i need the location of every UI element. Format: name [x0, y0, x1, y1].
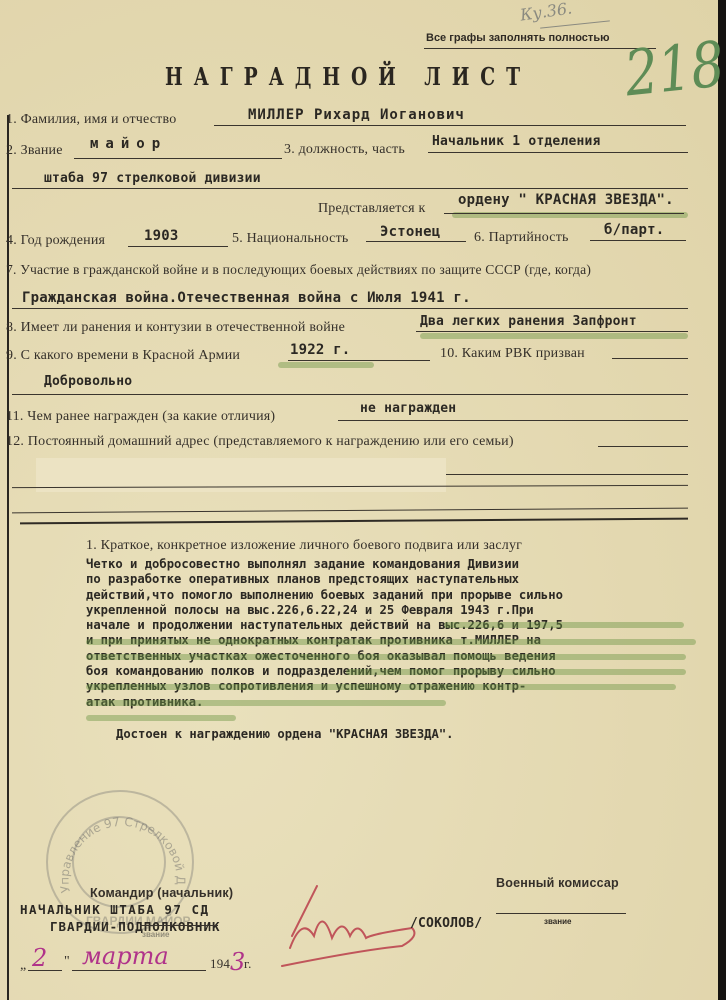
- field-9-label: 9. С какого времени в Красной Армии: [6, 348, 240, 364]
- commander-name: /СОКОЛОВ/: [410, 916, 482, 931]
- field-4-label: 4. Год рождения: [6, 233, 105, 249]
- field-5-line: [366, 241, 466, 242]
- narrative-highlight-4: [346, 669, 686, 675]
- number-mark: 218: [622, 29, 726, 111]
- field-12-line-2: [446, 474, 688, 475]
- nominated-label: Представляется к: [318, 201, 426, 217]
- field-6-line: [590, 240, 686, 241]
- field-12-line-4: [12, 508, 688, 514]
- commissar-line: [496, 913, 626, 914]
- field-12-label: 12. Постоянный домашний адрес (представл…: [6, 434, 514, 450]
- field-1-value: МИЛЛЕР Рихард Иоганович: [248, 107, 465, 123]
- narrative-line: Четко и добросовестно выполнял задание к…: [86, 557, 563, 572]
- field-5-label: 5. Национальность: [232, 231, 348, 247]
- field-7-label: 7. Участие в гражданской войне и в после…: [6, 262, 591, 278]
- instruction-underline: [424, 48, 656, 49]
- field-1-line: [214, 125, 686, 126]
- date-month: марта: [82, 942, 169, 970]
- field-8-label: 8. Имеет ли ранения и контузии в отечест…: [6, 320, 345, 336]
- narrative-highlight-2: [86, 639, 696, 645]
- narrative-line: укрепленной полосы на выс.226,6.22,24 и …: [86, 603, 563, 618]
- field-3-value: Начальник 1 отделения: [432, 134, 601, 149]
- field-9-value: 1922 г.: [290, 342, 350, 358]
- section-divider: [20, 518, 688, 525]
- field-9-line: [288, 360, 430, 361]
- page-title: НАГРАДНОЙ ЛИСТ: [165, 62, 531, 91]
- field-3-label: 3. должность, часть: [284, 142, 405, 158]
- date-open-quote: „: [20, 958, 26, 974]
- narrative-body: Четко и добросовестно выполнял задание к…: [86, 557, 563, 710]
- date-year-prefix: 194: [210, 956, 230, 972]
- commander-rank: ГВАРДИИ-ПОДПОЛКОВНИК: [50, 919, 221, 934]
- nominated-line: [444, 213, 684, 214]
- commander-label: Командир (начальник): [90, 886, 233, 900]
- field-11-label: 11. Чем ранее награжден (за какие отличи…: [6, 409, 275, 425]
- narrative-line: по разработке оперативных планов предсто…: [86, 572, 563, 587]
- date-day-line: [28, 970, 62, 971]
- narrative-conclusion: Достоен к награждению ордена "КРАСНАЯ ЗВ…: [116, 727, 454, 742]
- commissar-rank-caption: звание: [544, 917, 571, 926]
- field-5-value: Эстонец: [380, 224, 440, 240]
- signature: [262, 876, 422, 981]
- commander-rank-line: [140, 925, 218, 926]
- field-7-value: Гражданская война.Отечественная война с …: [22, 290, 471, 306]
- field-10-line: [612, 358, 688, 359]
- date-g: г.: [244, 956, 252, 972]
- narrative-highlight-7: [86, 715, 236, 721]
- archive-mark-underline: [540, 20, 610, 28]
- field-1-label: 1. Фамилия, имя и отчество: [6, 112, 176, 128]
- narrative-highlight-6: [86, 700, 446, 706]
- signature-icon: [262, 876, 422, 976]
- date-year-suffix: 3: [230, 948, 245, 976]
- right-edge-strip: [718, 0, 726, 1000]
- field-3-cont-line: [12, 188, 688, 189]
- date-day: 2: [32, 944, 47, 972]
- field-7-line: [12, 308, 688, 309]
- narrative-line: действий,что помогло выполнению боевых з…: [86, 588, 563, 603]
- narrative-highlight-3: [86, 654, 686, 660]
- field-8-highlight: [420, 333, 688, 339]
- field-3-line: [428, 152, 688, 153]
- field-4-value: 1903: [144, 228, 179, 244]
- field-6-value: б/парт.: [604, 222, 664, 238]
- nominated-value: ордену " КРАСНАЯ ЗВЕЗДА".: [458, 192, 674, 208]
- field-11-value: не награжден: [360, 401, 456, 416]
- field-8-line: [416, 331, 688, 332]
- field-10-cont-line: [12, 394, 688, 395]
- archive-mark: Ку.36.: [519, 0, 573, 25]
- svg-text:Управление 97 Стрелковой Дивиз: Управление 97 Стрелковой Дивизии: [48, 792, 188, 894]
- date-month-line: [72, 970, 206, 971]
- field-4-line: [128, 246, 228, 247]
- field-8-value: Два легких ранения Запфронт: [420, 314, 637, 329]
- commissar-label: Военный комиссар: [496, 876, 619, 890]
- narrative-highlight-5: [86, 684, 676, 690]
- field-3-value-cont: штаба 97 стрелковой дивизии: [44, 171, 261, 186]
- narrative-highlight-1: [444, 622, 684, 628]
- field-12-line-1: [598, 446, 688, 447]
- field-9-highlight: [278, 362, 374, 368]
- narrative-heading: 1. Краткое, конкретное изложение личного…: [86, 538, 522, 554]
- field-11-line: [338, 420, 688, 421]
- field-6-label: 6. Партийность: [474, 230, 569, 246]
- field-10-label: 10. Каким РВК призван: [440, 346, 585, 362]
- field-2-value: майор: [90, 136, 167, 152]
- instruction-text: Все графы заполнять полностью: [426, 32, 609, 44]
- field-2-label: 2. Звание: [6, 143, 63, 159]
- commander-rank-caption: звание: [142, 930, 169, 939]
- date-close-quote: ": [64, 954, 70, 970]
- field-10-value: Добровольно: [44, 374, 132, 389]
- field-2-line: [74, 158, 282, 159]
